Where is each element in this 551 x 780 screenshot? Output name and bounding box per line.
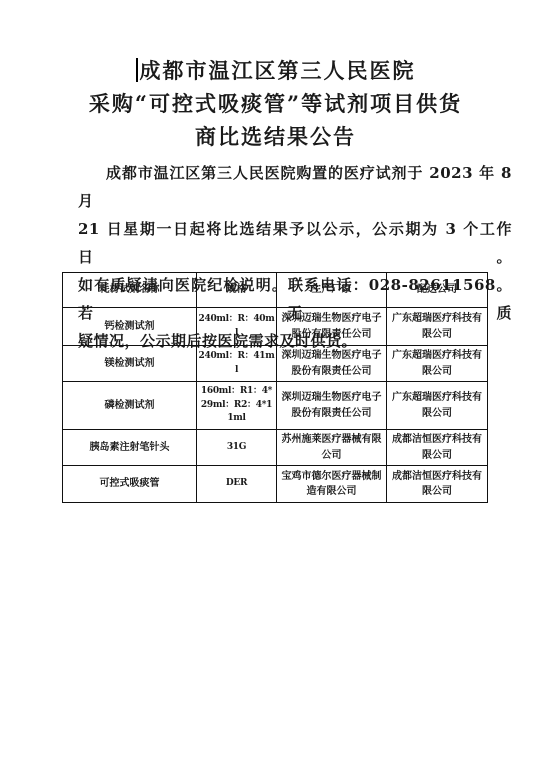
document-title: 成都市温江区第三人民医院 采购“可控式吸痰管”等试剂项目供货 商比选结果公告 xyxy=(0,54,551,153)
cell-manufacturer: 深圳迈瑞生物医疗电子股份有限责任公司 xyxy=(277,308,387,346)
cell-manufacturer: 宝鸡市德尔医疗器械制造有限公司 xyxy=(277,466,387,503)
cell-spec: 31G xyxy=(197,430,277,466)
paragraph-line-1: 成都市温江区第三人民医院购置的医疗试剂于 2023 年 8 月 xyxy=(78,159,512,215)
title-line-1-text: 成都市温江区第三人民医院 xyxy=(140,58,416,83)
cell-distributor: 广东超瑞医疗科技有限公司 xyxy=(387,382,488,430)
table-row-phosphorus-reagent: 磷检测试剂 160ml：R1：4*29ml：R2：4*11ml 深圳迈瑞生物医疗… xyxy=(63,382,488,430)
text-cursor-bar xyxy=(136,58,138,82)
cell-manufacturer: 深圳迈瑞生物医疗电子股份有限责任公司 xyxy=(277,346,387,382)
document-page: 成都市温江区第三人民医院 采购“可控式吸痰管”等试剂项目供货 商比选结果公告 成… xyxy=(0,0,551,780)
cell-item-name: 胰岛素注射笔针头 xyxy=(63,430,197,466)
paragraph-line-2: 21 日星期一日起将比选结果予以公示，公示期为 3 个工作日。 xyxy=(78,215,512,271)
cell-item-name: 磷检测试剂 xyxy=(63,382,197,430)
table-header-row: 耗材试剂名称 规格 生产厂家 配送公司 xyxy=(63,273,488,308)
cell-manufacturer: 深圳迈瑞生物医疗电子股份有限责任公司 xyxy=(277,382,387,430)
cell-distributor: 广东超瑞医疗科技有限公司 xyxy=(387,346,488,382)
table-row-suction-catheter: 可控式吸痰管 DER 宝鸡市德尔医疗器械制造有限公司 成都洁恒医疗科技有限公司 xyxy=(63,466,488,503)
cell-item-name: 可控式吸痰管 xyxy=(63,466,197,503)
results-table: 耗材试剂名称 规格 生产厂家 配送公司 钙检测试剂 240ml：R：40ml 深… xyxy=(62,272,488,503)
title-line-3: 商比选结果公告 xyxy=(0,120,551,153)
cell-distributor: 广东超瑞医疗科技有限公司 xyxy=(387,308,488,346)
cell-manufacturer: 苏州施莱医疗器械有限公司 xyxy=(277,430,387,466)
header-cell-distributor: 配送公司 xyxy=(387,273,488,308)
cell-distributor: 成都洁恒医疗科技有限公司 xyxy=(387,466,488,503)
title-line-2: 采购“可控式吸痰管”等试剂项目供货 xyxy=(0,87,551,120)
cell-item-name: 钙检测试剂 xyxy=(63,308,197,346)
cell-distributor: 成都洁恒医疗科技有限公司 xyxy=(387,430,488,466)
title-line-1: 成都市温江区第三人民医院 xyxy=(0,54,551,87)
table-row-calcium-reagent: 钙检测试剂 240ml：R：40ml 深圳迈瑞生物医疗电子股份有限责任公司 广东… xyxy=(63,308,488,346)
cell-item-name: 镁检测试剂 xyxy=(63,346,197,382)
cell-spec: 160ml：R1：4*29ml：R2：4*11ml xyxy=(197,382,277,430)
table-row-insulin-pen-needle: 胰岛素注射笔针头 31G 苏州施莱医疗器械有限公司 成都洁恒医疗科技有限公司 xyxy=(63,430,488,466)
header-cell-spec: 规格 xyxy=(197,273,277,308)
cell-spec: 240ml：R：40ml xyxy=(197,308,277,346)
header-cell-manufacturer: 生产厂家 xyxy=(277,273,387,308)
table-row-magnesium-reagent: 镁检测试剂 240ml：R：41ml 深圳迈瑞生物医疗电子股份有限责任公司 广东… xyxy=(63,346,488,382)
cell-spec: DER xyxy=(197,466,277,503)
cell-spec: 240ml：R：41ml xyxy=(197,346,277,382)
header-cell-item-name: 耗材试剂名称 xyxy=(63,273,197,308)
